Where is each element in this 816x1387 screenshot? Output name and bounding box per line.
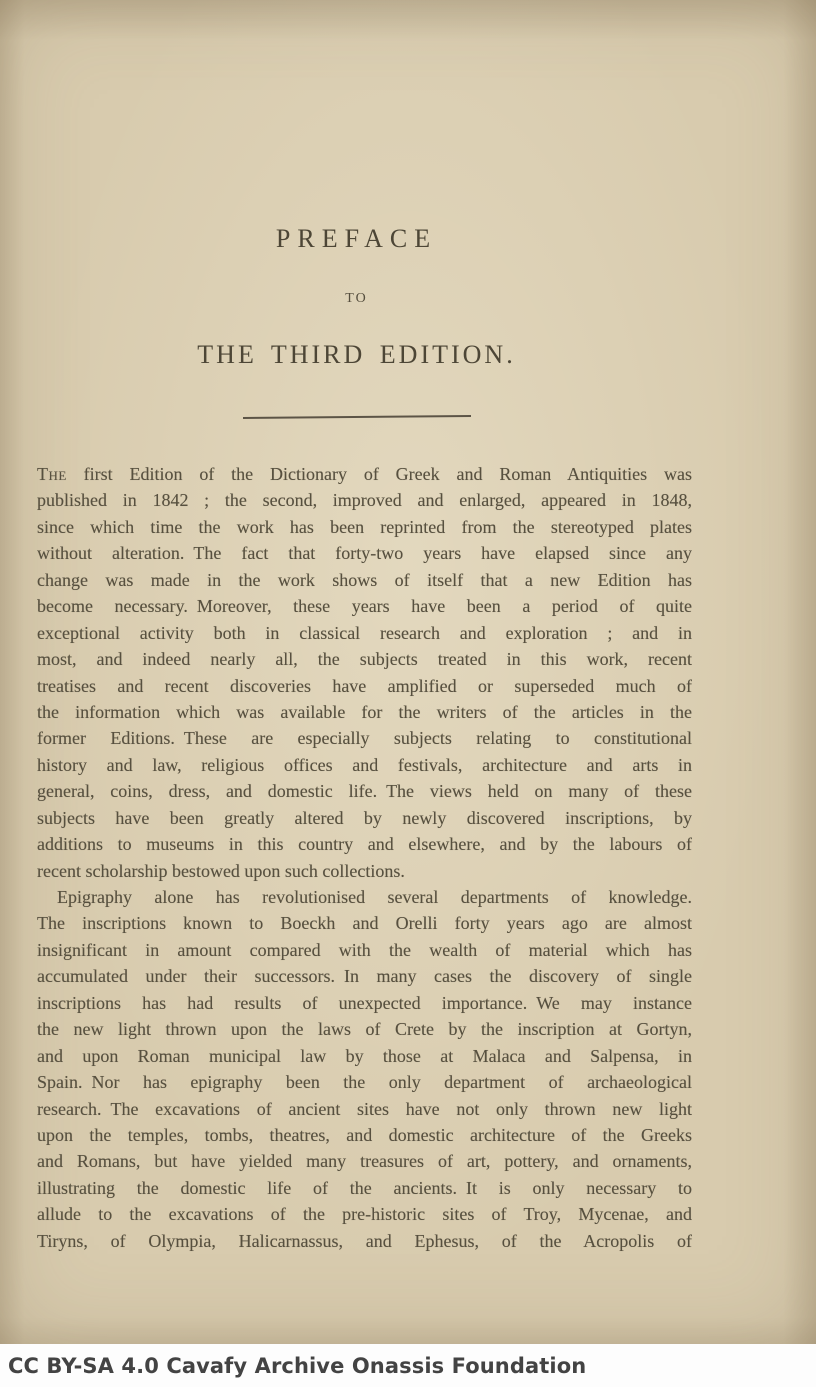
text-line: additions to museums in this country and…	[37, 831, 692, 857]
page-title-third-edition: THE THIRD EDITION.	[29, 340, 684, 370]
text-line: subjects have been greatly altered by ne…	[37, 805, 692, 831]
title-divider-rule	[242, 415, 470, 419]
text-line: illustrating the domestic life of the an…	[37, 1175, 692, 1201]
text-line: since which time the work has been repri…	[37, 514, 692, 540]
license-bar: CC BY-SA 4.0 Cavafy Archive Onassis Foun…	[0, 1344, 816, 1387]
text-line: inscriptions has had results of unexpect…	[37, 990, 692, 1016]
text-line: general, coins, dress, and domestic life…	[37, 778, 692, 804]
text-line: the information which was available for …	[37, 699, 692, 725]
text-line: The first Edition of the Dictionary of G…	[37, 461, 692, 487]
scanned-book-page: PREFACE TO THE THIRD EDITION. The first …	[0, 0, 816, 1344]
text-line: and Romans, but have yielded many treasu…	[37, 1148, 692, 1174]
page-title-to: TO	[29, 291, 684, 307]
text-line: insignificant in amount compared with th…	[37, 937, 692, 963]
preface-paragraph-2: Epigraphy alone has revolutionised sever…	[37, 884, 692, 1254]
text-line: former Editions. These are especially su…	[37, 725, 692, 751]
preface-paragraph-1: The first Edition of the Dictionary of G…	[37, 461, 692, 884]
text-line: exceptional activity both in classical r…	[37, 620, 692, 646]
text-line: published in 1842 ; the second, improved…	[37, 487, 692, 513]
text-line: Spain. Nor has epigraphy been the only d…	[37, 1069, 692, 1095]
text-line: history and law, religious offices and f…	[37, 752, 692, 778]
text-line: The inscriptions known to Boeckh and Ore…	[37, 910, 692, 936]
text-line: treatises and recent discoveries have am…	[37, 673, 692, 699]
text-line: become necessary. Moreover, these years …	[37, 593, 692, 619]
text-line: research. The excavations of ancient sit…	[37, 1096, 692, 1122]
text-line: recent scholarship bestowed upon such co…	[37, 858, 692, 884]
text-line: accumulated under their successors. In m…	[37, 963, 692, 989]
small-caps-lead: The	[37, 464, 67, 484]
text-line: most, and indeed nearly all, the subject…	[37, 646, 692, 672]
text-line: Tiryns, of Olympia, Halicarnassus, and E…	[37, 1228, 692, 1254]
preface-body: The first Edition of the Dictionary of G…	[37, 461, 692, 1254]
text-line: Epigraphy alone has revolutionised sever…	[37, 884, 692, 910]
text-line: and upon Roman municipal law by those at…	[37, 1043, 692, 1069]
text-line: without alteration. The fact that forty-…	[37, 540, 692, 566]
text-line: the new light thrown upon the laws of Cr…	[37, 1016, 692, 1042]
text-line: change was made in the work shows of its…	[37, 567, 692, 593]
license-text: CC BY-SA 4.0 Cavafy Archive Onassis Foun…	[8, 1354, 586, 1378]
text-line: allude to the excavations of the pre-his…	[37, 1201, 692, 1227]
text-line: upon the temples, tombs, theatres, and d…	[37, 1122, 692, 1148]
page-title-preface: PREFACE	[29, 224, 684, 254]
